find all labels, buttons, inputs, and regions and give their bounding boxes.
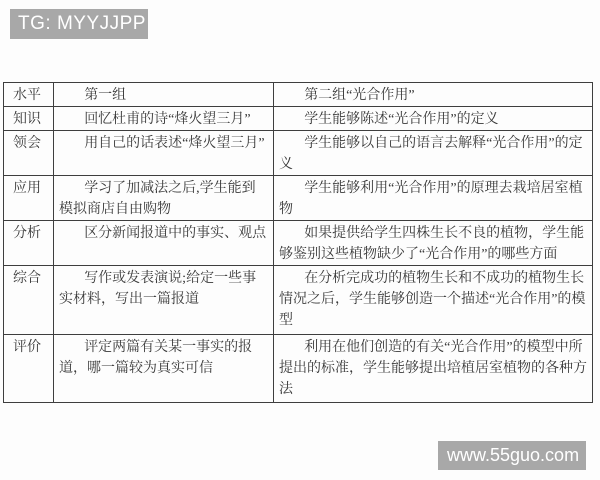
group2-text: 学生能够利用“光合作用”的原理去栽培居室植物 (279, 178, 587, 220)
table-row-knowledge: 知识 回忆杜甫的诗“烽火望三月” 学生能够陈述“光合作用”的定义 (4, 107, 593, 131)
group2-cell: 学生能够利用“光合作用”的原理去栽培居室植物 (274, 176, 593, 221)
group1-text: 学习了加减法之后,学生能到模拟商店自由购物 (59, 178, 268, 220)
group2-text: 学生能够以自己的语言去解释“光合作用”的定义 (279, 133, 587, 175)
watermark-tag-bar: TG: MYYJJPP (10, 9, 148, 39)
table-header-row: 水平 第一组 第二组“光合作用” (4, 83, 593, 107)
column-header-group1: 第一组 (54, 83, 274, 107)
level-cell: 应用 (4, 176, 54, 221)
table-row-analysis: 分析 区分新闻报道中的事实、观点 如果提供给学生四株生长不良的植物，学生能够鉴别… (4, 221, 593, 266)
group1-text: 回忆杜甫的诗“烽火望三月” (59, 109, 268, 130)
group2-cell: 利用在他们创造的有关“光合作用”的模型中所提出的标准，学生能够提出培植居室植物的… (274, 335, 593, 403)
group1-text: 评定两篇有关某一事实的报道，哪一篇较为真实可信 (59, 337, 268, 379)
table-row-application: 应用 学习了加减法之后,学生能到模拟商店自由购物 学生能够利用“光合作用”的原理… (4, 176, 593, 221)
taxonomy-table: 水平 第一组 第二组“光合作用” 知识 回忆杜甫的诗“烽火望三月” 学生能够陈述… (3, 82, 593, 403)
group1-text: 写作或发表演说;给定一些事实材料，写出一篇报道 (59, 268, 268, 310)
group2-cell: 如果提供给学生四株生长不良的植物，学生能够鉴别这些植物缺少了“光合作用”的哪些方… (274, 221, 593, 266)
group1-cell: 区分新闻报道中的事实、观点 (54, 221, 274, 266)
watermark-tag-text: TG: MYYJJPP (18, 13, 146, 34)
group2-text: 利用在他们创造的有关“光合作用”的模型中所提出的标准，学生能够提出培植居室植物的… (279, 337, 587, 400)
group2-cell: 在分析完成功的植物生长和不成功的植物生长情况之后，学生能够创造一个描述“光合作用… (274, 266, 593, 335)
level-cell: 分析 (4, 221, 54, 266)
column-header-level: 水平 (4, 83, 54, 107)
group2-cell: 学生能够以自己的语言去解释“光合作用”的定义 (274, 131, 593, 176)
level-cell: 评价 (4, 335, 54, 403)
group2-text: 如果提供给学生四株生长不良的植物，学生能够鉴别这些植物缺少了“光合作用”的哪些方… (279, 223, 587, 265)
group2-cell: 学生能够陈述“光合作用”的定义 (274, 107, 593, 131)
column-header-group2-text: 第二组“光合作用” (279, 85, 587, 106)
column-header-group2: 第二组“光合作用” (274, 83, 593, 107)
group2-text: 学生能够陈述“光合作用”的定义 (279, 109, 587, 130)
level-cell: 综合 (4, 266, 54, 335)
group1-cell: 用自己的话表述“烽火望三月” (54, 131, 274, 176)
group2-text: 在分析完成功的植物生长和不成功的植物生长情况之后，学生能够创造一个描述“光合作用… (279, 268, 587, 331)
group1-cell: 回忆杜甫的诗“烽火望三月” (54, 107, 274, 131)
level-cell: 知识 (4, 107, 54, 131)
group1-cell: 评定两篇有关某一事实的报道，哪一篇较为真实可信 (54, 335, 274, 403)
table-row-evaluation: 评价 评定两篇有关某一事实的报道，哪一篇较为真实可信 利用在他们创造的有关“光合… (4, 335, 593, 403)
group1-cell: 学习了加减法之后,学生能到模拟商店自由购物 (54, 176, 274, 221)
watermark-url-text: www.55guo.com (447, 445, 579, 465)
watermark-url-bar: www.55guo.com (438, 441, 586, 470)
table-row-synthesis: 综合 写作或发表演说;给定一些事实材料，写出一篇报道 在分析完成功的植物生长和不… (4, 266, 593, 335)
table-row-comprehension: 领会 用自己的话表述“烽火望三月” 学生能够以自己的语言去解释“光合作用”的定义 (4, 131, 593, 176)
column-header-group1-text: 第一组 (59, 85, 268, 106)
level-cell: 领会 (4, 131, 54, 176)
group1-text: 区分新闻报道中的事实、观点 (59, 223, 268, 244)
group1-cell: 写作或发表演说;给定一些事实材料，写出一篇报道 (54, 266, 274, 335)
group1-text: 用自己的话表述“烽火望三月” (59, 133, 268, 154)
